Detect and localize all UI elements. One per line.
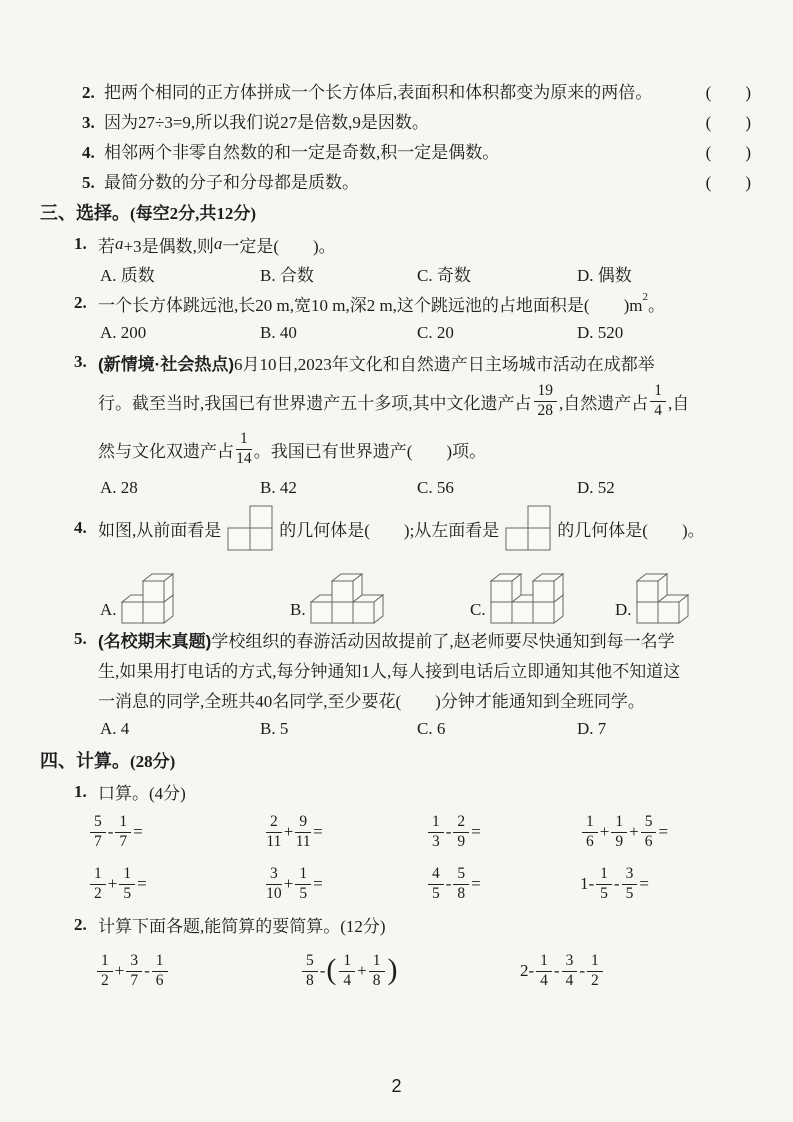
section-heading: 四、计算。(28分) — [40, 746, 751, 777]
item-text: 最简分数的分子和分母都是质数。 — [104, 168, 359, 198]
option-label: C. — [470, 600, 486, 624]
item-text: 把两个相同的正方体拼成一个长方体后,表面积和体积都变为原来的两倍。 — [104, 78, 652, 108]
simplify-expression: 2-14-34-12 — [520, 953, 751, 989]
oral-expression: 211+911= — [264, 814, 426, 850]
question-text-line3: 一消息的同学,全班共40名同学,至少要花( )分钟才能通知到全班同学。 — [74, 684, 751, 714]
question-text-segment: 的几何体是( );从左面看是 — [279, 516, 499, 541]
option-b: B. 5 — [260, 719, 417, 739]
options-row: A. 28 B. 42 C. 56 D. 52 — [74, 473, 751, 502]
oral-expression: 45-58= — [426, 866, 580, 902]
choice-question-4: 4. 如图,从前面看是 的几何体是( );从左面看是 的几何体是( )。 A. … — [40, 502, 751, 624]
question-text-line1: (新情境·社会热点)6月10日,2023年文化和自然遗产日主场城市活动在成都举 — [98, 350, 655, 375]
subsection-title: 口算。(4分) — [98, 779, 186, 804]
oral-row-1: 57-17= 211+911= 13-29= 16+19+56= — [40, 806, 751, 858]
true-false-item: 3. 因为27÷3=9,所以我们说27是倍数,9是因数。 ( ) — [40, 108, 751, 138]
section-heading: 三、选择。(每空2分,共12分) — [40, 198, 751, 229]
page-number: 2 — [0, 1076, 793, 1097]
option-c: C. — [470, 573, 615, 624]
option-label: D. — [615, 600, 632, 624]
answer-blank: ( ) — [706, 138, 751, 168]
option-label: B. — [290, 600, 306, 624]
options-row: A. 质数 B. 合数 C. 奇数 D. 偶数 — [74, 259, 751, 288]
question-text-segment: 如图,从前面看是 — [98, 516, 221, 541]
options-row: A. 4 B. 5 C. 6 D. 7 — [74, 714, 751, 743]
question-text-segment: 的几何体是( )。 — [557, 516, 704, 541]
question-number: 5. — [74, 629, 98, 649]
question-line: 1. 若a+3是偶数,则a一定是( )。 — [74, 229, 751, 259]
question-line: 2. 一个长方体跳远池,长20 m,宽10 m,深2 m,这个跳远池的占地面积是… — [74, 288, 751, 318]
oral-expression: 13-29= — [426, 814, 580, 850]
simplify-calculation-label: 2. 计算下面各题,能简算的要简算。(12分) — [40, 910, 751, 939]
subsection-number: 2. — [74, 915, 98, 935]
question-text: 若a+3是偶数,则a一定是( )。 — [98, 232, 336, 257]
option-b: B. — [290, 573, 470, 624]
option-d: D. 520 — [577, 323, 751, 343]
question-text-line1: (名校期末真题)学校组织的春游活动因故提前了,赵老师要尽快通知到每一名学 — [98, 627, 675, 652]
calculation-section: 四、计算。(28分) 1. 口算。(4分) 57-17= 211+911= 13… — [40, 746, 751, 1003]
section-points: (28分) — [130, 746, 175, 777]
option-a: A. 4 — [100, 719, 260, 739]
item-number: 3. — [82, 108, 104, 138]
cube-figure-c — [490, 573, 564, 624]
item-number: 2. — [82, 78, 104, 108]
question-number: 4. — [74, 518, 98, 538]
worksheet-content: 2. 把两个相同的正方体拼成一个长方体后,表面积和体积都变为原来的两倍。 ( )… — [0, 0, 793, 1003]
oral-expression: 57-17= — [88, 814, 264, 850]
true-false-item: 5. 最简分数的分子和分母都是质数。 ( ) — [40, 168, 751, 198]
question-line: 5. (名校期末真题)学校组织的春游活动因故提前了,赵老师要尽快通知到每一名学 — [74, 624, 751, 654]
option-a: A. 28 — [100, 478, 260, 498]
subsection-title: 计算下面各题,能简算的要简算。(12分) — [98, 912, 386, 937]
oral-expression: 12+15= — [88, 866, 264, 902]
options-row: A. 200 B. 40 C. 20 D. 520 — [74, 318, 751, 347]
simplify-expressions-row: 12+37-16 58-(14+18) 2-14-34-12 — [40, 939, 751, 1003]
choice-question-2: 2. 一个长方体跳远池,长20 m,宽10 m,深2 m,这个跳远池的占地面积是… — [40, 288, 751, 347]
left-view-figure — [505, 505, 551, 551]
option-a: A. 200 — [100, 323, 260, 343]
item-number: 5. — [82, 168, 104, 198]
option-c: C. 20 — [417, 323, 577, 343]
answer-blank: ( ) — [706, 168, 751, 198]
option-d: D. 偶数 — [577, 261, 751, 286]
cube-figure-b — [310, 573, 384, 624]
option-b: B. 40 — [260, 323, 417, 343]
question-text-line2: 行。截至当时,我国已有世界遗产五十多项,其中文化遗产占1928,自然遗产占14,… — [74, 377, 751, 425]
option-b: B. 42 — [260, 478, 417, 498]
simplify-expression: 12+37-16 — [95, 953, 300, 989]
oral-calculation-label: 1. 口算。(4分) — [40, 777, 751, 806]
option-c: C. 奇数 — [417, 261, 577, 286]
item-text: 因为27÷3=9,所以我们说27是倍数,9是因数。 — [104, 108, 429, 138]
multiple-choice-section: 三、选择。(每空2分,共12分) 1. 若a+3是偶数,则a一定是( )。 A.… — [40, 198, 751, 743]
option-a: A. — [100, 573, 290, 624]
worksheet-page: 2. 把两个相同的正方体拼成一个长方体后,表面积和体积都变为原来的两倍。 ( )… — [0, 0, 793, 1122]
answer-blank: ( ) — [706, 78, 751, 108]
option-label: A. — [100, 600, 117, 624]
choice-question-1: 1. 若a+3是偶数,则a一定是( )。 A. 质数 B. 合数 C. 奇数 D… — [40, 229, 751, 288]
choice-question-3: 3. (新情境·社会热点)6月10日,2023年文化和自然遗产日主场城市活动在成… — [40, 347, 751, 502]
simplify-expression: 58-(14+18) — [300, 953, 520, 989]
question-line: 3. (新情境·社会热点)6月10日,2023年文化和自然遗产日主场城市活动在成… — [74, 347, 751, 377]
item-number: 4. — [82, 138, 104, 168]
cube-figure-d — [636, 573, 689, 624]
question-text-line2: 生,如果用打电话的方式,每分钟通知1人,每人接到电话后立即通知其他不知道这 — [74, 654, 751, 684]
subsection-number: 1. — [74, 782, 98, 802]
front-view-figure — [227, 505, 273, 551]
choice-question-5: 5. (名校期末真题)学校组织的春游活动因故提前了,赵老师要尽快通知到每一名学 … — [40, 624, 751, 743]
figure-options-row: A. B. C. D. — [74, 558, 751, 624]
section-points: (每空2分,共12分) — [130, 198, 256, 229]
question-number: 3. — [74, 352, 98, 372]
true-false-section: 2. 把两个相同的正方体拼成一个长方体后,表面积和体积都变为原来的两倍。 ( )… — [40, 78, 751, 198]
option-c: C. 56 — [417, 478, 577, 498]
question-number: 1. — [74, 234, 98, 254]
option-a: A. 质数 — [100, 261, 260, 286]
oral-expression: 310+15= — [264, 866, 426, 902]
option-d: D. 7 — [577, 719, 751, 739]
option-c: C. 6 — [417, 719, 577, 739]
oral-row-2: 12+15= 310+15= 45-58= 1-15-35= — [40, 858, 751, 910]
section-title: 四、计算。 — [40, 746, 130, 777]
oral-expression: 16+19+56= — [580, 814, 751, 850]
question-text-line3: 然与文化双遗产占114。我国已有世界遗产( )项。 — [74, 425, 751, 473]
oral-expression: 1-15-35= — [580, 866, 751, 902]
section-title: 三、选择。 — [40, 198, 130, 229]
true-false-item: 2. 把两个相同的正方体拼成一个长方体后,表面积和体积都变为原来的两倍。 ( ) — [40, 78, 751, 108]
question-number: 2. — [74, 293, 98, 313]
option-d: D. — [615, 573, 751, 624]
option-b: B. 合数 — [260, 261, 417, 286]
true-false-item: 4. 相邻两个非零自然数的和一定是奇数,积一定是偶数。 ( ) — [40, 138, 751, 168]
option-d: D. 52 — [577, 478, 751, 498]
question-text: 一个长方体跳远池,长20 m,宽10 m,深2 m,这个跳远池的占地面积是( )… — [98, 291, 665, 316]
item-text: 相邻两个非零自然数的和一定是奇数,积一定是偶数。 — [104, 138, 499, 168]
question-line: 4. 如图,从前面看是 的几何体是( );从左面看是 的几何体是( )。 — [74, 502, 751, 554]
answer-blank: ( ) — [706, 108, 751, 138]
cube-figure-a — [121, 573, 174, 624]
